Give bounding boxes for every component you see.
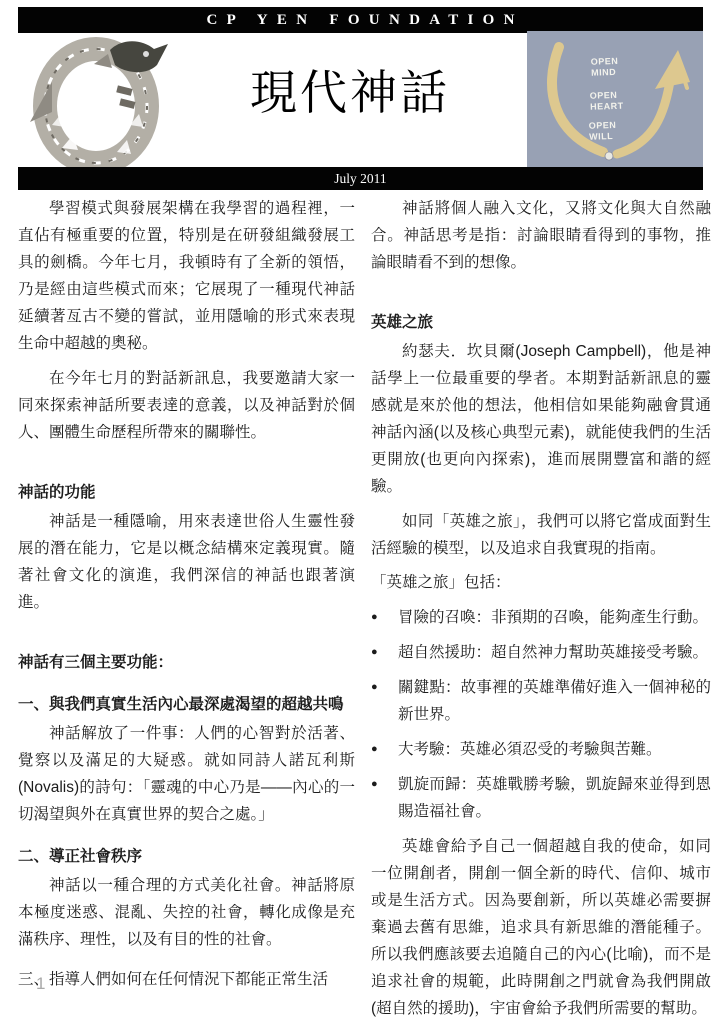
bullet-icon: ●: [371, 674, 398, 728]
section-heading: 英雄之旅: [371, 309, 711, 336]
left-column: 學習模式與發展架構在我學習的過程裡，一直佔有極重要的位置，特別是在研發組織發展工…: [18, 195, 355, 993]
paragraph: 神話將個人融入文化，又將文化與大自然融合。神話思考是指：討論眼睛看得到的事物，推…: [371, 195, 711, 276]
page-number: 1: [36, 974, 45, 994]
date-banner: July 2011: [18, 167, 703, 190]
bullet-icon: ●: [371, 604, 398, 631]
bullet-text: 超自然援助：超自然神力幫助英雄接受考驗。: [398, 639, 711, 666]
section-heading: 一、與我們真實生活內心最深處渴望的超越共鳴: [18, 691, 355, 718]
newsletter-title: 現代神話: [175, 56, 525, 123]
paragraph: 神話解放了一件事：人們的心智對於活著、覺察以及滿足的大疑惑。就如同詩人諾瓦利斯(…: [18, 720, 355, 828]
bullet-item: ●大考驗：英雄必須忍受的考驗與苦難。: [371, 736, 711, 763]
section-heading: 二、導正社會秩序: [18, 843, 355, 870]
bullet-icon: ●: [371, 736, 398, 763]
bullet-text: 凱旋而歸：英雄戰勝考驗，凱旋歸來並得到恩賜造福社會。: [398, 771, 711, 825]
paragraph: 英雄會給予自己一個超越自我的使命，如同一位開創者，開創一個全新的時代、信仰、城市…: [371, 833, 711, 1022]
foundation-logo: [22, 30, 170, 170]
open-mind-label: OPEN MIND: [591, 55, 638, 79]
theory-u-image: OPEN MIND OPEN HEART OPEN WILL: [527, 31, 703, 167]
section-heading: 神話有三個主要功能：: [18, 649, 355, 676]
bullet-item: ●超自然援助：超自然神力幫助英雄接受考驗。: [371, 639, 711, 666]
bullet-item: ●冒險的召喚：非預期的召喚，能夠產生行動。: [371, 604, 711, 631]
paragraph: 在今年七月的對話新訊息，我要邀請大家一同來探索神話所要表達的意義，以及神話對於個…: [18, 365, 355, 446]
bullet-item: ●關鍵點：故事裡的英雄準備好進入一個神秘的新世界。: [371, 674, 711, 728]
paragraph: 約瑟夫．坎貝爾(Joseph Campbell)，他是神話學上一位最重要的學者。…: [371, 338, 711, 500]
bullet-text: 大考驗：英雄必須忍受的考驗與苦難。: [398, 736, 711, 763]
open-heart-label: OPEN HEART: [590, 89, 637, 113]
bullet-icon: ●: [371, 639, 398, 666]
bullet-text: 關鍵點：故事裡的英雄準備好進入一個神秘的新世界。: [398, 674, 711, 728]
org-name: CP YEN FOUNDATION: [197, 12, 524, 29]
section-heading: 三、指導人們如何在任何情況下都能正常生活: [18, 966, 355, 993]
newsletter-page: CP YEN FOUNDATION 現代神話 O: [0, 0, 724, 1024]
bullet-text: 冒險的召喚：非預期的召喚，能夠產生行動。: [398, 604, 711, 631]
open-will-label: OPEN WILL: [589, 119, 636, 143]
right-column: 神話將個人融入文化，又將文化與大自然融合。神話思考是指：討論眼睛看得到的事物，推…: [371, 195, 711, 1022]
bullet-item: ●凱旋而歸：英雄戰勝考驗，凱旋歸來並得到恩賜造福社會。: [371, 771, 711, 825]
bullet-icon: ●: [371, 771, 398, 825]
paragraph: 如同「英雄之旅」，我們可以將它當成面對生活經驗的模型，以及追求自我實現的指南。: [371, 508, 711, 562]
section-heading: 神話的功能: [18, 479, 355, 506]
paragraph: 「英雄之旅」包括：: [371, 569, 711, 596]
paragraph: 神話是一種隱喻，用來表達世俗人生靈性發展的潛在能力，它是以概念結構來定義現實。隨…: [18, 508, 355, 616]
tribal-animal-ring-icon: [22, 30, 170, 170]
issue-date: July 2011: [334, 171, 386, 187]
paragraph: 學習模式與發展架構在我學習的過程裡，一直佔有極重要的位置，特別是在研發組織發展工…: [18, 195, 355, 357]
paragraph: 神話以一種合理的方式美化社會。神話將原本極度迷惑、混亂、失控的社會，轉化成像是充…: [18, 872, 355, 953]
